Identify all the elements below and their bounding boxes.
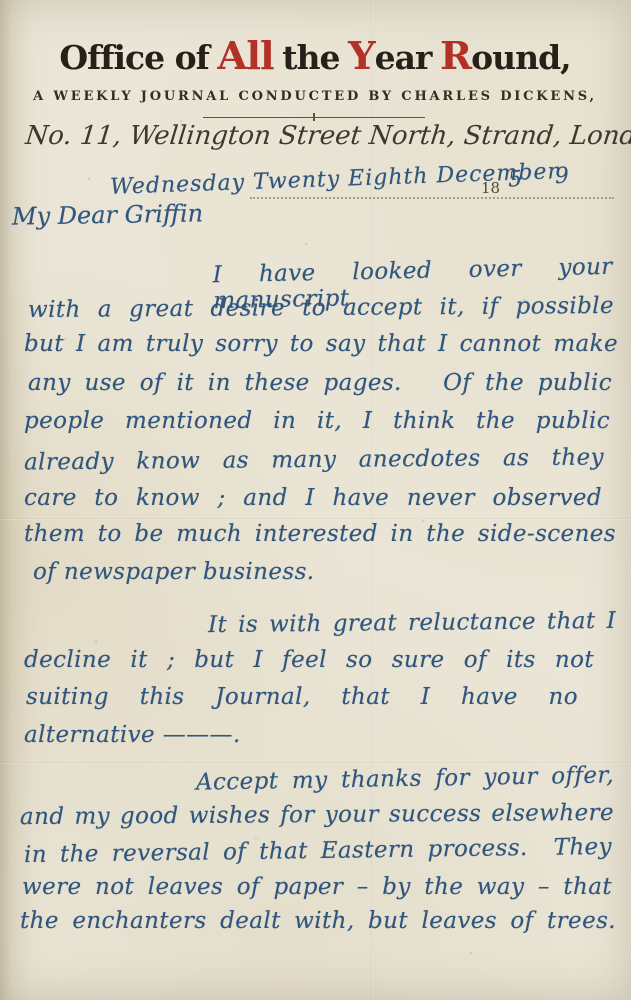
letter-page: Office ofAlltheYearRound, A WEEKLY JOURN… <box>0 0 631 1000</box>
masthead-round-initial: R <box>440 34 471 79</box>
letter-line: It is with great reluctance that I <box>208 608 616 639</box>
letter-line: and my good wishes for your success else… <box>20 800 614 831</box>
letter-line: alternative ———. <box>24 722 334 748</box>
letter-line: were not leaves of paper – by the way – … <box>22 874 612 900</box>
letter-line: but I am truly sorry to say that I canno… <box>24 331 618 357</box>
letter-line: suiting this Journal, that I have no <box>26 684 578 710</box>
letter-line: Accept my thanks for your offer, <box>196 762 614 796</box>
address-script: No. 11, Wellington Street North, Strand,… <box>24 121 631 151</box>
date-dotted-leader <box>250 197 614 199</box>
letter-line: in the reversal of that Eastern process.… <box>24 834 612 869</box>
salutation: My Dear Griffin <box>12 199 204 230</box>
letter-line: of newspaper business. <box>33 559 353 585</box>
masthead-divider-tick <box>313 113 315 121</box>
address-line: No. 11, Wellington Street North, Strand,… <box>24 121 623 151</box>
masthead-title: Office ofAlltheYearRound, <box>15 34 615 79</box>
date-printed-year-prefix: 18 <box>481 179 500 197</box>
letter-line: the enchanters dealt with, but leaves of… <box>20 908 616 934</box>
horizontal-fold-crease <box>0 518 631 520</box>
letter-line: care to know ; and I have never observed <box>24 485 602 511</box>
masthead-word-the: the <box>282 38 339 77</box>
letter-line: people mentioned in it, I think the publ… <box>24 408 610 434</box>
masthead-year-rest: ear <box>375 38 432 77</box>
letter-line: already know as many anecdotes as they <box>24 444 604 475</box>
letter-line: decline it ; but I feel so sure of its n… <box>24 647 594 673</box>
masthead-round-rest: ound, <box>471 38 571 77</box>
masthead-word-office-of: Office of <box>59 38 208 77</box>
date-handwritten-year: 5 9 <box>507 162 583 192</box>
letter-line: any use of it in these pages. Of the pub… <box>28 370 612 396</box>
foxing-specks <box>0 0 2 2</box>
masthead-year-initial: Y <box>348 34 375 79</box>
letter-line: them to be much interested in the side-s… <box>24 521 616 547</box>
masthead-word-all: All <box>217 38 273 77</box>
masthead-subtitle: A WEEKLY JOURNAL CONDUCTED BY CHARLES DI… <box>15 89 615 104</box>
letter-line: with a great desire to accept it, if pos… <box>28 293 614 324</box>
